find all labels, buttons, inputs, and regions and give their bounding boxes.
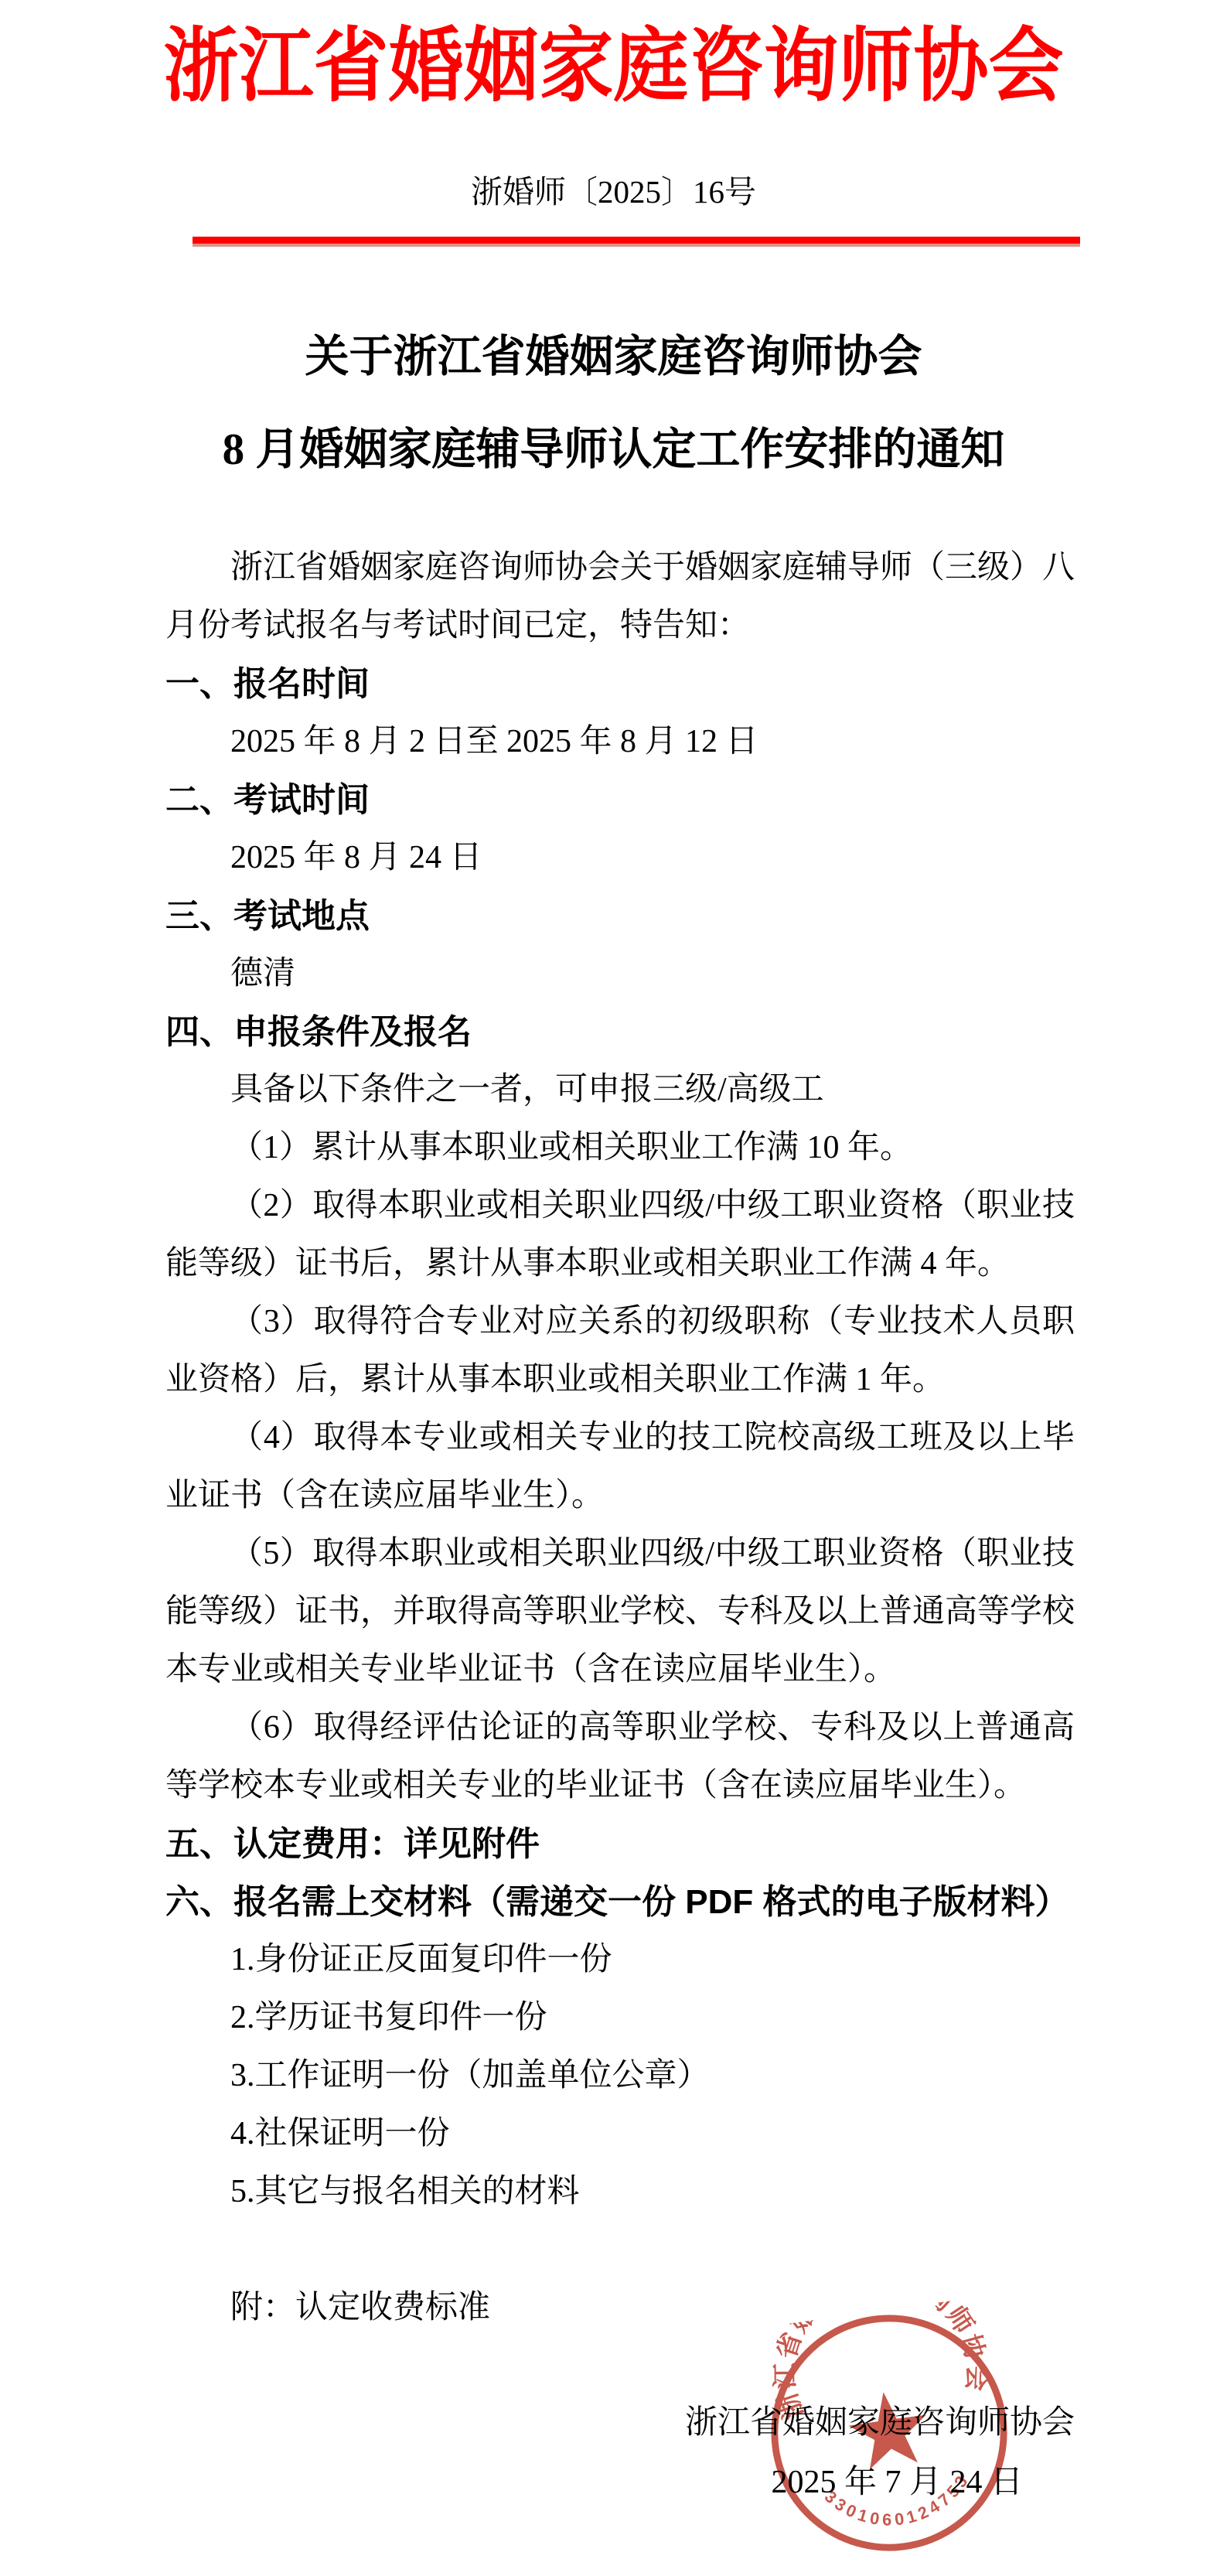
notice-title-line-1: 关于浙江省婚姻家庭咨询师协会 [0,333,1227,381]
exam-date: 2025 年 8 月 24 日 [165,829,1075,887]
condition-item-5: （5）取得本职业或相关职业四级/中级工职业资格（职业技能等级）证书，并取得高等职… [165,1525,1075,1699]
document-page: 浙江省婚姻家庭咨询师协会 浙婚师〔2025〕16号 关于浙江省婚姻家庭咨询师协会… [0,0,1227,2576]
conditions-intro: 具备以下条件之一者，可申报三级/高级工 [165,1061,1075,1119]
condition-item-6: （6）取得经评估论证的高等职业学校、专科及以上普通高等学校本专业或相关专业的毕业… [165,1699,1075,1815]
section-heading-3: 三、考试地点 [165,887,1075,945]
material-item-1: 1.身份证正反面复印件一份 [165,1931,1075,1989]
letterhead-org-title: 浙江省婚姻家庭咨询师协会 [0,0,1227,112]
material-item-2: 2.学历证书复印件一份 [165,1989,1075,2047]
document-body: 浙江省婚姻家庭咨询师协会关于婚姻家庭辅导师（三级）八月份考试报名与考试时间已定，… [0,539,1227,2337]
document-number: 浙婚师〔2025〕16号 [0,172,1227,211]
material-item-3: 3.工作证明一份（加盖单位公章） [165,2047,1075,2105]
material-item-4: 4.社保证明一份 [165,2105,1075,2163]
exam-location: 德清 [165,945,1075,1003]
seal-star-icon [844,2387,932,2472]
condition-item-3: （3）取得符合专业对应关系的初级职称（专业技术人员职业资格）后，累计从事本职业或… [165,1293,1075,1409]
section-heading-6: 六、报名需上交材料（需递交一份 PDF 格式的电子版材料） [165,1873,1075,1931]
red-divider-rule [193,237,1080,247]
official-seal: 浙江省婚姻家庭咨询师协会 3301060124753 [752,2295,1028,2571]
signature-org: 浙江省婚姻家庭咨询师协会 [0,2394,1227,2452]
signature-date: 2025 年 7 月 24 日 [0,2452,1227,2513]
registration-period: 2025 年 8 月 2 日至 2025 年 8 月 12 日 [165,713,1075,771]
condition-item-4: （4）取得本专业或相关专业的技工院校高级工班及以上毕业证书（含在读应届毕业生）。 [165,1409,1075,1525]
section-heading-4: 四、申报条件及报名 [165,1003,1075,1061]
section-heading-1: 一、报名时间 [165,655,1075,713]
notice-title-line-2: 8 月婚姻家庭辅导师认定工作安排的通知 [0,426,1227,474]
section-heading-2: 二、考试时间 [165,771,1075,829]
intro-paragraph: 浙江省婚姻家庭咨询师协会关于婚姻家庭辅导师（三级）八月份考试报名与考试时间已定，… [165,539,1075,655]
condition-item-2: （2）取得本职业或相关职业四级/中级工职业资格（职业技能等级）证书后，累计从事本… [165,1177,1075,1293]
material-item-5: 5.其它与报名相关的材料 [165,2163,1075,2221]
section-heading-5: 五、认定费用：详见附件 [165,1815,1075,1873]
condition-item-1: （1）累计从事本职业或相关职业工作满 10 年。 [165,1119,1075,1177]
